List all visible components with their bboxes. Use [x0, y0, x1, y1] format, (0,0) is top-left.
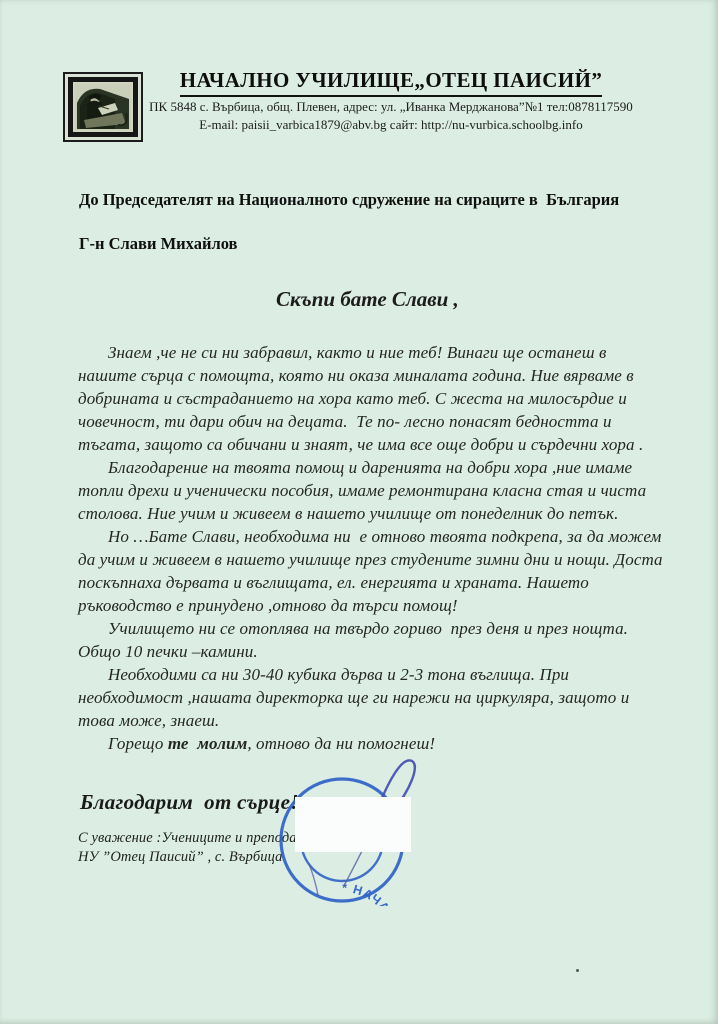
signature-stroke-1 [344, 851, 362, 886]
otec-paisii-engraving-icon [75, 84, 131, 130]
redaction-box [295, 797, 411, 852]
recipient-block: До Председателят на Националното сдружен… [79, 189, 684, 254]
paragraph-5: Необходими са ни 30-40 кубика дърва и 2-… [78, 663, 666, 732]
school-name: НАЧАЛНО УЧИЛИЩЕ„ОТЕЦ ПАИСИЙ” [180, 66, 602, 97]
recipient-name: Г-н Слави Михайлов [79, 233, 684, 254]
salutation: Скъпи бате Слави , [276, 287, 459, 312]
plea-prefix: Горещо [108, 734, 168, 753]
scan-speck [576, 969, 579, 972]
paragraph-2: Благодарение на твоята помощ и даренията… [78, 456, 666, 525]
signature-stroke-2 [309, 864, 318, 895]
paragraph-1: Знаем ,че не си ни забравил, както и ние… [78, 341, 666, 456]
school-logo [63, 72, 143, 142]
paragraph-3: Но …Бате Слави, необходима ни е отново т… [78, 525, 666, 617]
school-contacts: E-mail: paisii_varbica1879@abv.bg сайт: … [146, 116, 636, 133]
recipient-title: До Председателят на Националното сдружен… [79, 189, 684, 210]
logo-frame [68, 77, 138, 137]
school-address: ПК 5848 с. Върбица, общ. Плевен, адрес: … [146, 98, 636, 115]
paragraph-4: Училището ни се отоплява на твърдо горив… [78, 617, 666, 663]
scanned-letter-page: НАЧАЛНО УЧИЛИЩЕ„ОТЕЦ ПАИСИЙ” ПК 5848 с. … [0, 0, 718, 1024]
letterhead: НАЧАЛНО УЧИЛИЩЕ„ОТЕЦ ПАИСИЙ” ПК 5848 с. … [146, 66, 636, 133]
plea-emphasis: те молим [168, 734, 248, 753]
